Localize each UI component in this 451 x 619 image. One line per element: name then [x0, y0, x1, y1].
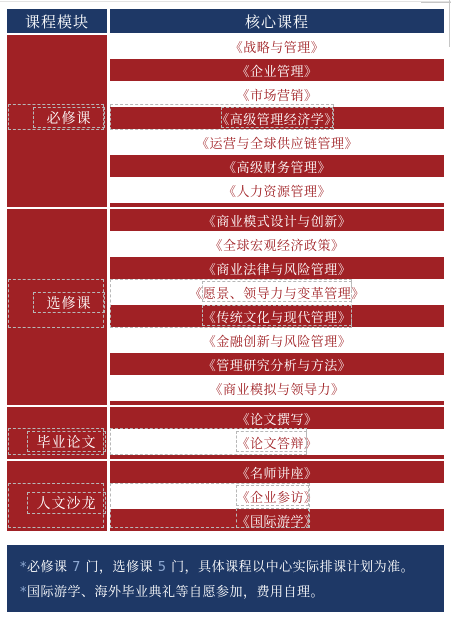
- module-label-thesis[interactable]: 毕业论文: [27, 431, 106, 452]
- course-row: 《愿景、领导力与变革管理》: [110, 281, 444, 303]
- curriculum-table: 课程模块 核心课程 《战略与管理》 《企业管理》 《市场营销》 《高级管理经济学…: [7, 9, 444, 533]
- course-row: 《传统文化与现代管理》: [110, 305, 444, 327]
- page-corner-divider: [421, 2, 451, 3]
- section-separator: [110, 401, 444, 405]
- module-column: 课程模块: [7, 9, 107, 533]
- module-label-required[interactable]: 必修课: [33, 107, 105, 128]
- section-separator: [110, 203, 444, 207]
- footnote-star: *: [20, 560, 27, 575]
- course-row: 《战略与管理》: [110, 35, 444, 57]
- course-row: 《人力资源管理》: [110, 179, 444, 201]
- footnote-line-2: *国际游学、海外毕业典礼等自愿参加，费用自理。: [20, 580, 434, 605]
- course-row: 《企业参访》: [110, 485, 444, 507]
- module-label-elective[interactable]: 选修课: [33, 292, 105, 313]
- course-row: 《运营与全球供应链管理》: [110, 131, 444, 153]
- footnotes-panel: *必修课 7 门，选修课 5 门，具体课程以中心实际排课计划为准。 *国际游学、…: [7, 545, 444, 612]
- required-course-count: 7: [72, 560, 81, 575]
- curriculum-page: 课程模块 核心课程 《战略与管理》 《企业管理》 《市场营销》 《高级管理经济学…: [0, 0, 451, 619]
- module-label-salon[interactable]: 人文沙龙: [27, 492, 106, 514]
- section-separator: [110, 455, 444, 459]
- course-row: 《名师讲座》: [110, 461, 444, 483]
- course-row: 《商业模式设计与创新》: [110, 209, 444, 231]
- course-row: 《论文撰写》: [110, 407, 444, 429]
- course-row: 《企业管理》: [110, 59, 444, 81]
- header-course-column: 核心课程: [110, 9, 444, 33]
- page-right-divider: [449, 0, 450, 47]
- course-row: 《全球宏观经济政策》: [110, 233, 444, 255]
- footnote-star: *: [20, 585, 27, 600]
- course-row: 《高级管理经济学》: [110, 107, 444, 129]
- course-row: 《市场营销》: [110, 83, 444, 105]
- course-row: 《高级财务管理》: [110, 155, 444, 177]
- course-row: 《国际游学》: [110, 509, 444, 531]
- page-top-divider: [0, 1, 451, 2]
- course-row: 《论文答辩》: [110, 431, 444, 453]
- course-row: 《金融创新与风险管理》: [110, 329, 444, 351]
- course-row: 《管理研究分析与方法》: [110, 353, 444, 375]
- course-row: 《商业模拟与领导力》: [110, 377, 444, 399]
- course-row: 《商业法律与风险管理》: [110, 257, 444, 279]
- header-module-column: 课程模块: [7, 9, 107, 33]
- course-column: 核心课程 《战略与管理》 《企业管理》 《市场营销》 《高级管理经济学》 《运营…: [110, 9, 444, 533]
- footnote-line-1: *必修课 7 门，选修课 5 门，具体课程以中心实际排课计划为准。: [20, 555, 434, 580]
